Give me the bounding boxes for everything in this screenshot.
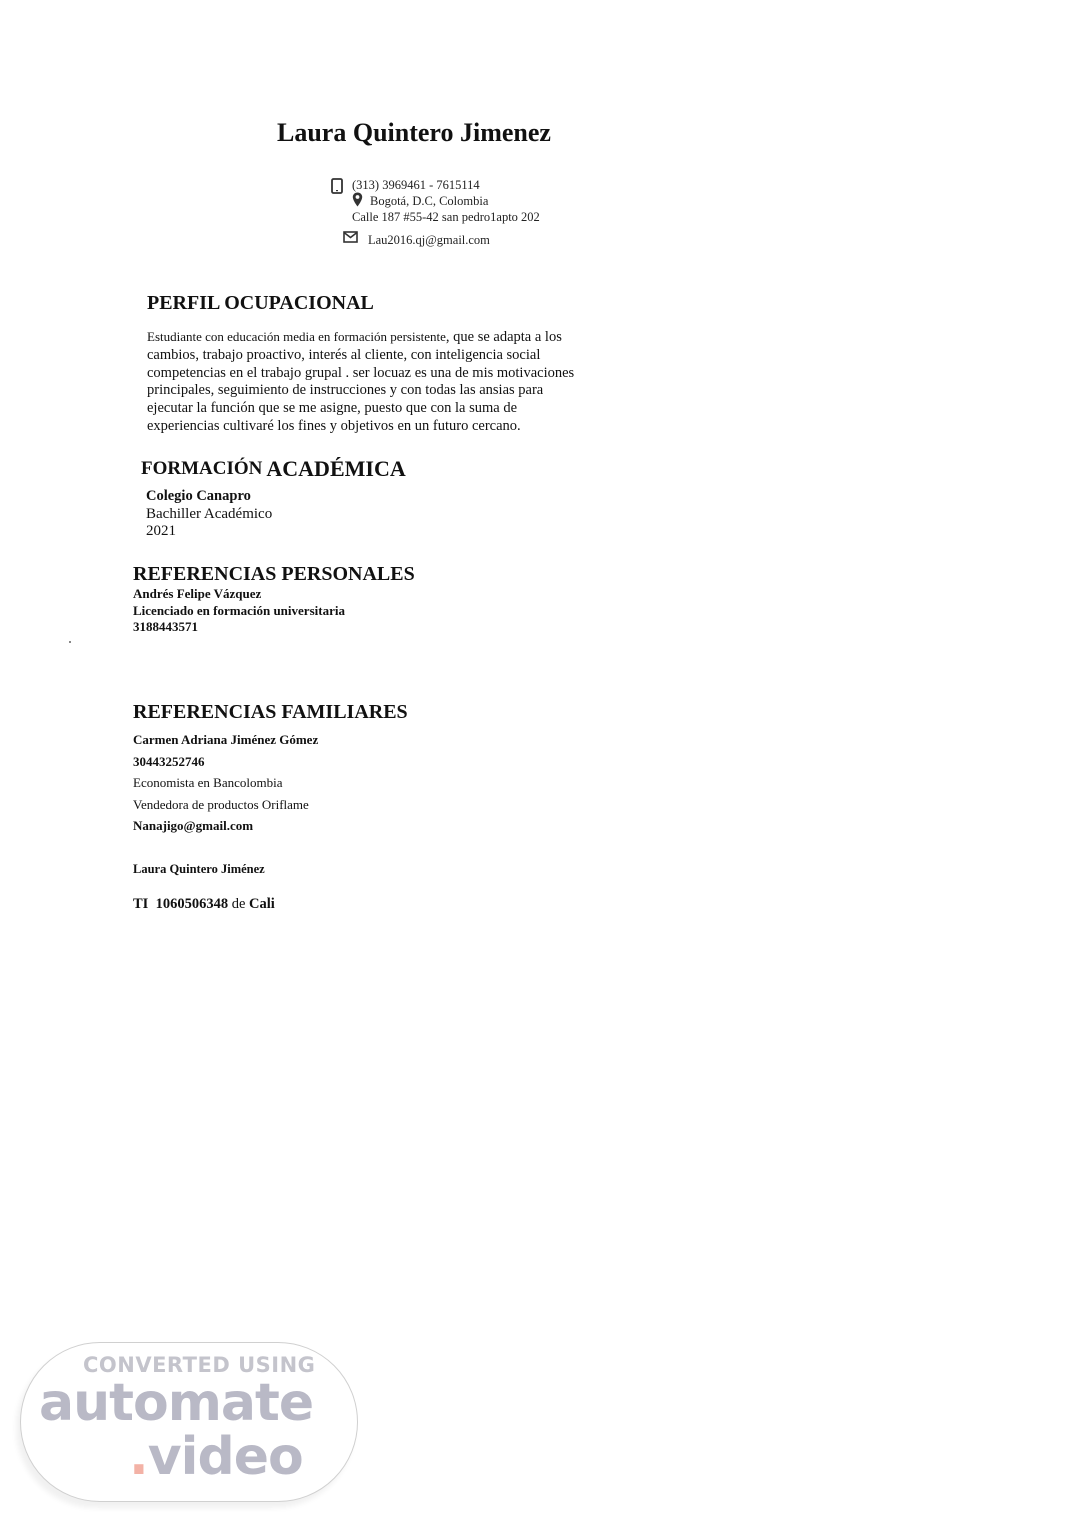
signature-id: TI 1060506348 de Cali xyxy=(133,896,275,913)
family-reference-email: Nanajigo@gmail.com xyxy=(133,815,253,837)
stray-dot xyxy=(69,641,71,643)
converter-watermark: CONVERTED USING automate .video xyxy=(20,1342,358,1502)
profile-line: experiencias cultivaré los fines y objet… xyxy=(147,418,521,434)
profile-line: competencias en el trabajo grupal . ser … xyxy=(147,365,574,381)
profile-line: , que se adapta a los xyxy=(446,329,562,345)
education-school: Colegio Canapro xyxy=(146,488,251,506)
signature-name: Laura Quintero Jiménez xyxy=(133,862,265,877)
id-type: TI xyxy=(133,896,148,912)
profile-text-fragment: Estudiante con educación media en formac… xyxy=(147,329,446,344)
id-city: Cali xyxy=(249,896,275,912)
watermark-line3: .video xyxy=(129,1427,303,1487)
profile-line: cambios, trabajo proactivo, interés al c… xyxy=(147,347,540,363)
personal-reference-phone: 3188443571 xyxy=(133,619,198,636)
profile-heading: PERFIL OCUPACIONAL xyxy=(147,292,374,315)
education-heading-part2: ACADÉMICA xyxy=(266,456,405,481)
education-year: 2021 xyxy=(146,523,176,541)
contact-phone: (313) 3969461 - 7615114 xyxy=(352,178,480,193)
personal-references-heading: REFERENCIAS PERSONALES xyxy=(133,563,415,586)
family-reference-name: Carmen Adriana Jiménez Gómez xyxy=(133,729,318,751)
family-reference-job: Economista en Bancolombia xyxy=(133,772,282,794)
contact-city: Bogotá, D.C, Colombia xyxy=(370,194,488,209)
map-pin-icon xyxy=(352,192,363,207)
education-heading: FORMACIÓN ACADÉMICA xyxy=(141,454,406,480)
contact-address: Calle 187 #55-42 san pedro1apto 202 xyxy=(352,210,540,225)
watermark-dot: . xyxy=(129,1427,148,1487)
profile-line: ejecutar la función que se me asigne, pu… xyxy=(147,400,517,416)
profile-line: principales, seguimiento de instruccione… xyxy=(147,382,543,398)
profile-paragraph: Estudiante con educación media en formac… xyxy=(147,328,617,436)
envelope-icon xyxy=(343,231,358,243)
family-reference-phone: 30443252746 xyxy=(133,751,205,773)
personal-reference-role: Licenciado en formación universitaria xyxy=(133,603,345,620)
education-heading-part1: FORMACIÓN xyxy=(141,458,262,479)
candidate-name: Laura Quintero Jimenez xyxy=(277,118,551,148)
family-references-heading: REFERENCIAS FAMILIARES xyxy=(133,701,408,724)
id-de: de xyxy=(232,896,246,912)
watermark-line2: automate xyxy=(39,1373,313,1433)
contact-email: Lau2016.qj@gmail.com xyxy=(368,233,490,248)
education-degree: Bachiller Académico xyxy=(146,506,272,524)
family-reference-job: Vendedora de productos Oriflame xyxy=(133,794,309,816)
personal-reference-name: Andrés Felipe Vázquez xyxy=(133,586,261,603)
id-number: 1060506348 xyxy=(156,896,229,912)
watermark-video: video xyxy=(148,1427,303,1487)
phone-icon xyxy=(331,178,343,194)
